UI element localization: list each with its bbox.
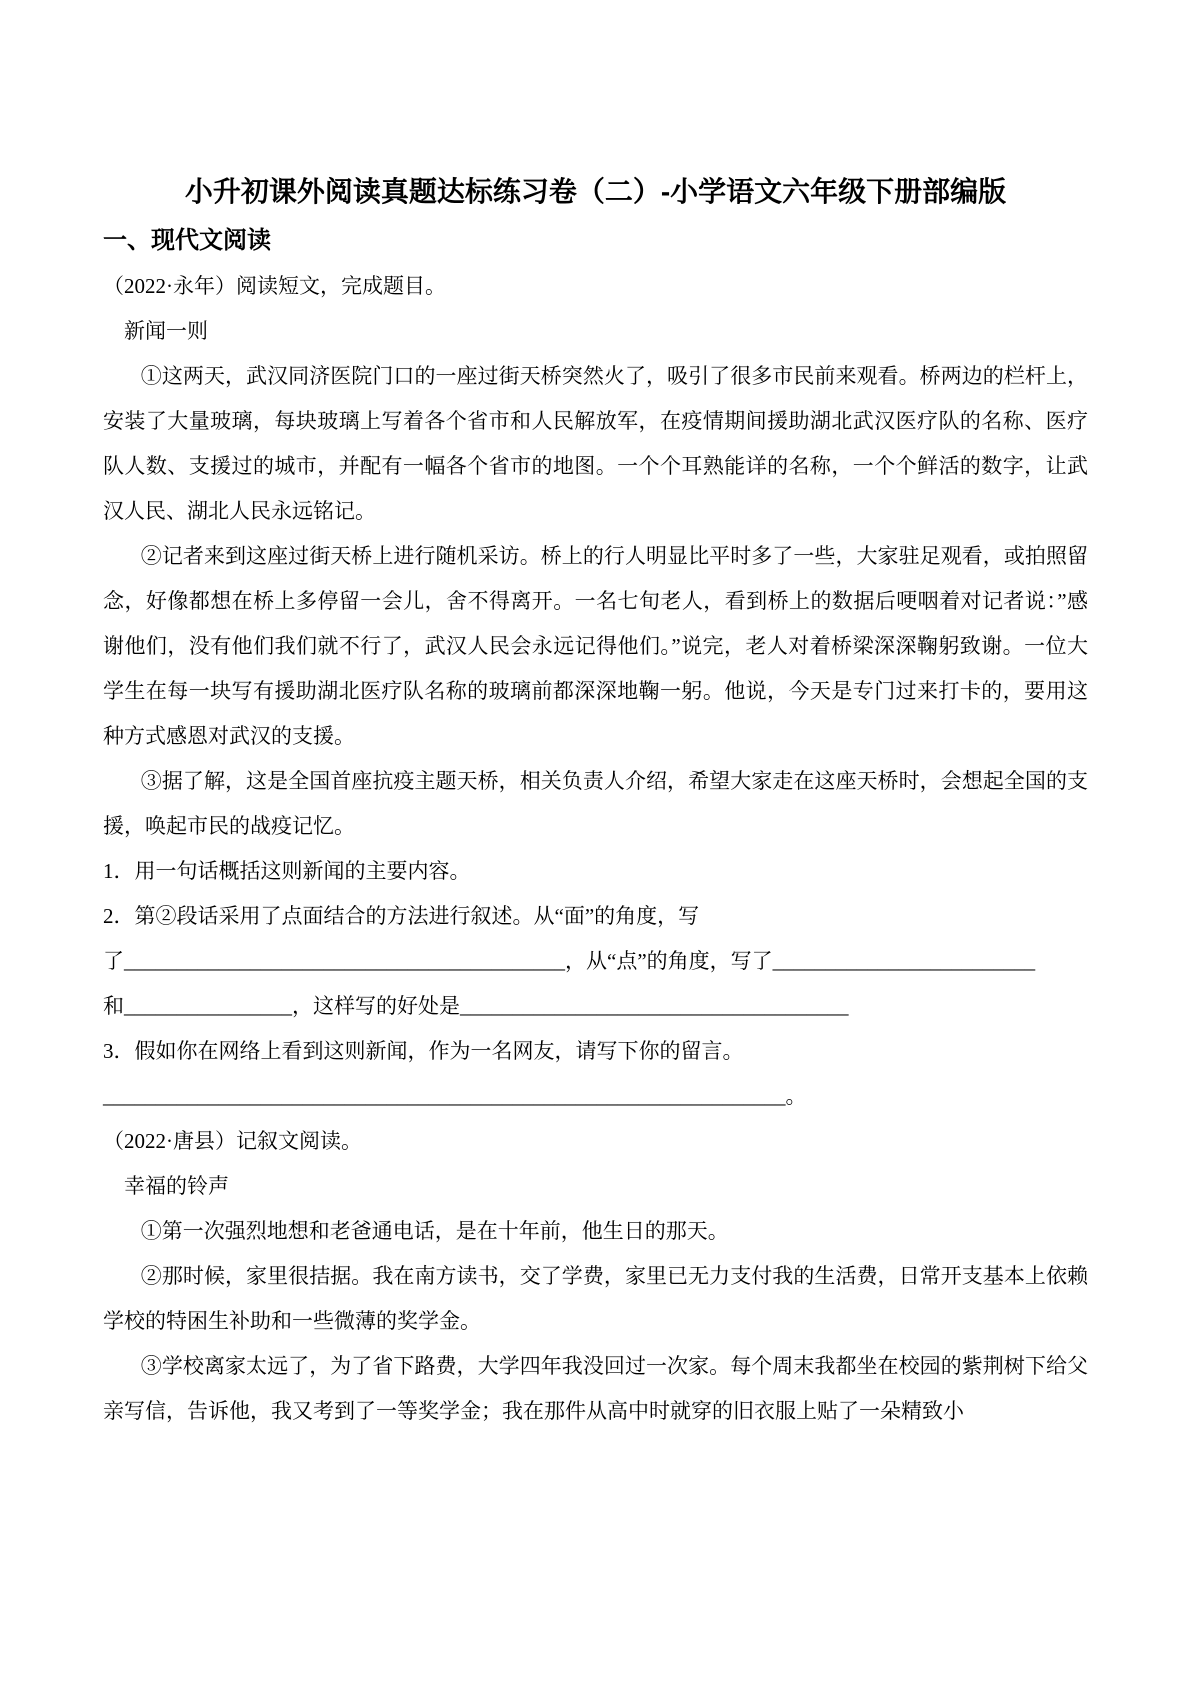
question-3: 3．假如你在网络上看到这则新闻，作为一名网友，请写下你的留言。 [103,1029,1088,1074]
question-2-line-2-fill-blanks: 了_______________________________________… [103,939,1088,984]
passage2-paragraph-1: ①第一次强烈地想和老爸通电话，是在十年前，他生日的那天。 [103,1209,1088,1254]
passage2-source-intro: （2022·唐县）记叙文阅读。 [103,1119,1088,1164]
question-1: 1．用一句话概括这则新闻的主要内容。 [103,849,1088,894]
page-title: 小升初课外阅读真题达标练习卷（二）-小学语文六年级下册部编版 [103,168,1088,216]
question-2-line-3-fill-blanks: 和________________，这样写的好处是_______________… [103,984,1088,1029]
passage1-source-intro: （2022·永年）阅读短文，完成题目。 [103,264,1088,309]
passage1-paragraph-3: ③据了解，这是全国首座抗疫主题天桥，相关负责人介绍，希望大家走在这座天桥时，会想… [103,759,1088,849]
question-3-answer-blank: ________________________________________… [103,1074,1088,1119]
passage2-paragraph-2: ②那时候，家里很拮据。我在南方读书，交了学费，家里已无力支付我的生活费，日常开支… [103,1254,1088,1344]
passage1-title: 新闻一则 [103,309,1088,354]
passage1-paragraph-2: ②记者来到这座过街天桥上进行随机采访。桥上的行人明显比平时多了一些，大家驻足观看… [103,534,1088,759]
question-2-line-1: 2．第②段话采用了点面结合的方法进行叙述。从“面”的角度，写 [103,894,1088,939]
section-heading: 一、现代文阅读 [103,218,1088,264]
worksheet-page: 小升初课外阅读真题达标练习卷（二）-小学语文六年级下册部编版 一、现代文阅读 （… [0,0,1191,1684]
passage1-paragraph-1: ①这两天，武汉同济医院门口的一座过街天桥突然火了，吸引了很多市民前来观看。桥两边… [103,354,1088,534]
passage2-title: 幸福的铃声 [103,1164,1088,1209]
passage2-paragraph-3: ③学校离家太远了，为了省下路费，大学四年我没回过一次家。每个周末我都坐在校园的紫… [103,1344,1088,1434]
